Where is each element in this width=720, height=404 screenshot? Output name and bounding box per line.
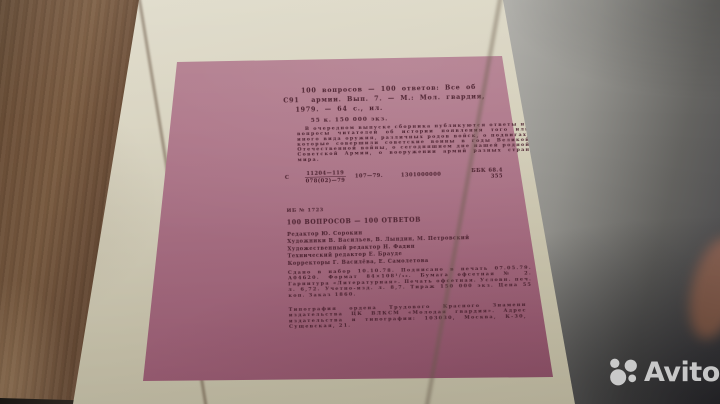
udc-code: 355 — [455, 173, 503, 180]
colophon-text: 100 вопросов — 100 ответов: Все об С91 а… — [283, 80, 559, 356]
catalog-fraction: 11204—119 078(02)—79 — [305, 170, 346, 184]
photo-scene: 100 вопросов — 100 ответов: Все об С91 а… — [0, 0, 720, 404]
bib-index-code: С91 — [283, 95, 299, 105]
catalog-series-number: 1301000000 — [401, 171, 442, 178]
avito-wordmark: Avito — [644, 359, 720, 386]
catalog-denominator: 078(02)—79 — [305, 177, 346, 184]
avito-logo-icon — [608, 357, 639, 388]
catalog-prefix: С — [285, 174, 290, 180]
catalog-bbk-udc: ББК 68.4 355 — [455, 167, 503, 180]
avito-watermark: Avito — [608, 357, 720, 388]
catalog-code2: 107—79. — [355, 172, 383, 179]
